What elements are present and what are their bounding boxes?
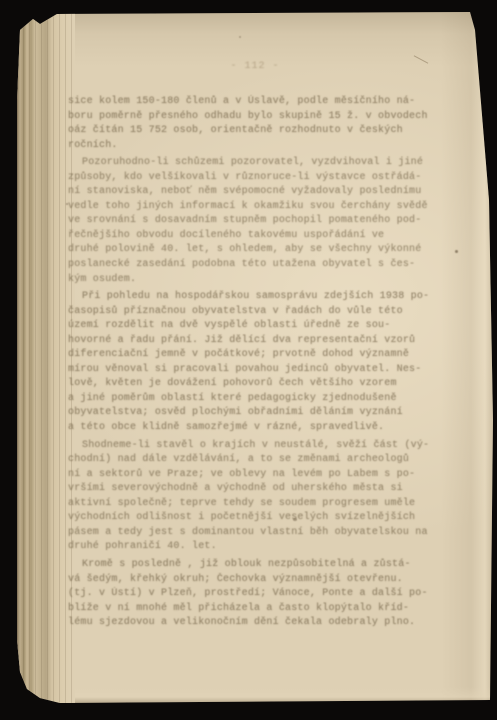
text-line: oáz čítán 15 752 osob, orientačně rozhod… bbox=[68, 124, 454, 139]
text-line: obyvatelstva; osvěd plochými obřadními d… bbox=[68, 406, 454, 421]
paper-speck bbox=[66, 203, 68, 205]
text-line: aktivní společně; teprve tehdy se soudem… bbox=[68, 497, 454, 512]
book-page: - 112 - sice kolem 150-180 členů a v Úsl… bbox=[17, 12, 493, 703]
text-line: ve srovnání s dosavadním stupněm pochopi… bbox=[68, 214, 454, 229]
text-line: časopisů příznačnou obyvatelstva v řadác… bbox=[68, 305, 454, 320]
text-line: pásem a tedy jest s dominantou vlastní b… bbox=[68, 526, 454, 541]
text-line: a jiné poměrům oblastí které pedagogicky… bbox=[68, 392, 454, 407]
text-line: kým osudem. bbox=[68, 273, 454, 288]
text-line: chodní) nad dále vzdělávání, a to se změ… bbox=[68, 453, 454, 468]
ghost-text-block: sice kolem 150-180 členů a v Úslavě, pod… bbox=[68, 95, 454, 634]
text-line: Kromě s posledně , již oblouk nezpůsobit… bbox=[68, 558, 454, 573]
paper-speck bbox=[455, 250, 458, 253]
text-line: druhé pohraničí 40. let. bbox=[68, 540, 454, 555]
text-line: východních odlišnost i početnější veselý… bbox=[68, 511, 454, 526]
text-line: lému sjezdovou a velikonočním dění čekal… bbox=[68, 616, 454, 631]
paragraph: Při pohledu na hospodářskou samosprávu z… bbox=[68, 290, 454, 435]
text-line: řečnějšího obvodu docíleného takovému us… bbox=[68, 229, 454, 244]
text-line: sice kolem 150-180 členů a v Úslavě, pod… bbox=[68, 95, 454, 110]
text-line: vedle toho jiných informací k okamžiku s… bbox=[68, 200, 454, 215]
text-line: blíže v ní mnohé měl přicházela a často … bbox=[68, 602, 454, 617]
text-line: a této obce klidně samozřejmé v rázné, s… bbox=[68, 421, 454, 436]
text-line: způsoby, kdo velšíkovali v různoruce-li … bbox=[68, 171, 454, 186]
paragraph: Kromě s posledně , již oblouk nezpůsobit… bbox=[68, 558, 454, 631]
text-line: lově, květen je dovážení pohovorů čech v… bbox=[68, 377, 454, 392]
text-line: ročních. bbox=[68, 139, 454, 154]
text-line: Shodneme-li stavěl o krajích v neustálé,… bbox=[68, 439, 454, 454]
text-line: druhé polovině 40. let, s ohledem, aby s… bbox=[68, 243, 454, 258]
text-line: (tj. v Ústí) v Plzeň, prostředí; Vánoce,… bbox=[68, 587, 454, 602]
paper-speck bbox=[239, 36, 241, 38]
paragraph: sice kolem 150-180 členů a v Úslavě, pod… bbox=[68, 95, 454, 153]
text-line: Pozoruhodno-li schůzemi pozorovatel, vyz… bbox=[68, 156, 454, 171]
text-line: hovorné a řadu přání. Již dělící dva rep… bbox=[68, 334, 454, 349]
text-line: diferenciační jemně v počátkové; prvotně… bbox=[68, 348, 454, 363]
text-line: Při pohledu na hospodářskou samosprávu z… bbox=[68, 290, 454, 305]
paper-speck bbox=[293, 518, 297, 521]
page-number-header: - 112 - bbox=[17, 61, 493, 72]
text-line: poslanecké zasedání podobna této utažena… bbox=[68, 258, 454, 273]
text-line: území rozdělit na dvě vyspělé oblasti úř… bbox=[68, 319, 454, 334]
text-line: boru poměrně přesného odhadu bylo skupin… bbox=[68, 110, 454, 125]
text-line: ní a sektorů ve Praze; ve oblevy na levé… bbox=[68, 468, 454, 483]
paragraph: Pozoruhodno-li schůzemi pozorovatel, vyz… bbox=[68, 156, 454, 287]
paragraph: Shodneme-li stavěl o krajích v neustálé,… bbox=[68, 439, 454, 555]
text-line: vá šedým, křehký okruh; Čechovka významn… bbox=[68, 573, 454, 588]
text-line: ní stanoviska, neboť něm svépomocné vyža… bbox=[68, 185, 454, 200]
text-line: vršími severovýchodně a východně od uher… bbox=[68, 482, 454, 497]
text-line: mírou věnoval si pracovali povahou jedin… bbox=[68, 363, 454, 378]
